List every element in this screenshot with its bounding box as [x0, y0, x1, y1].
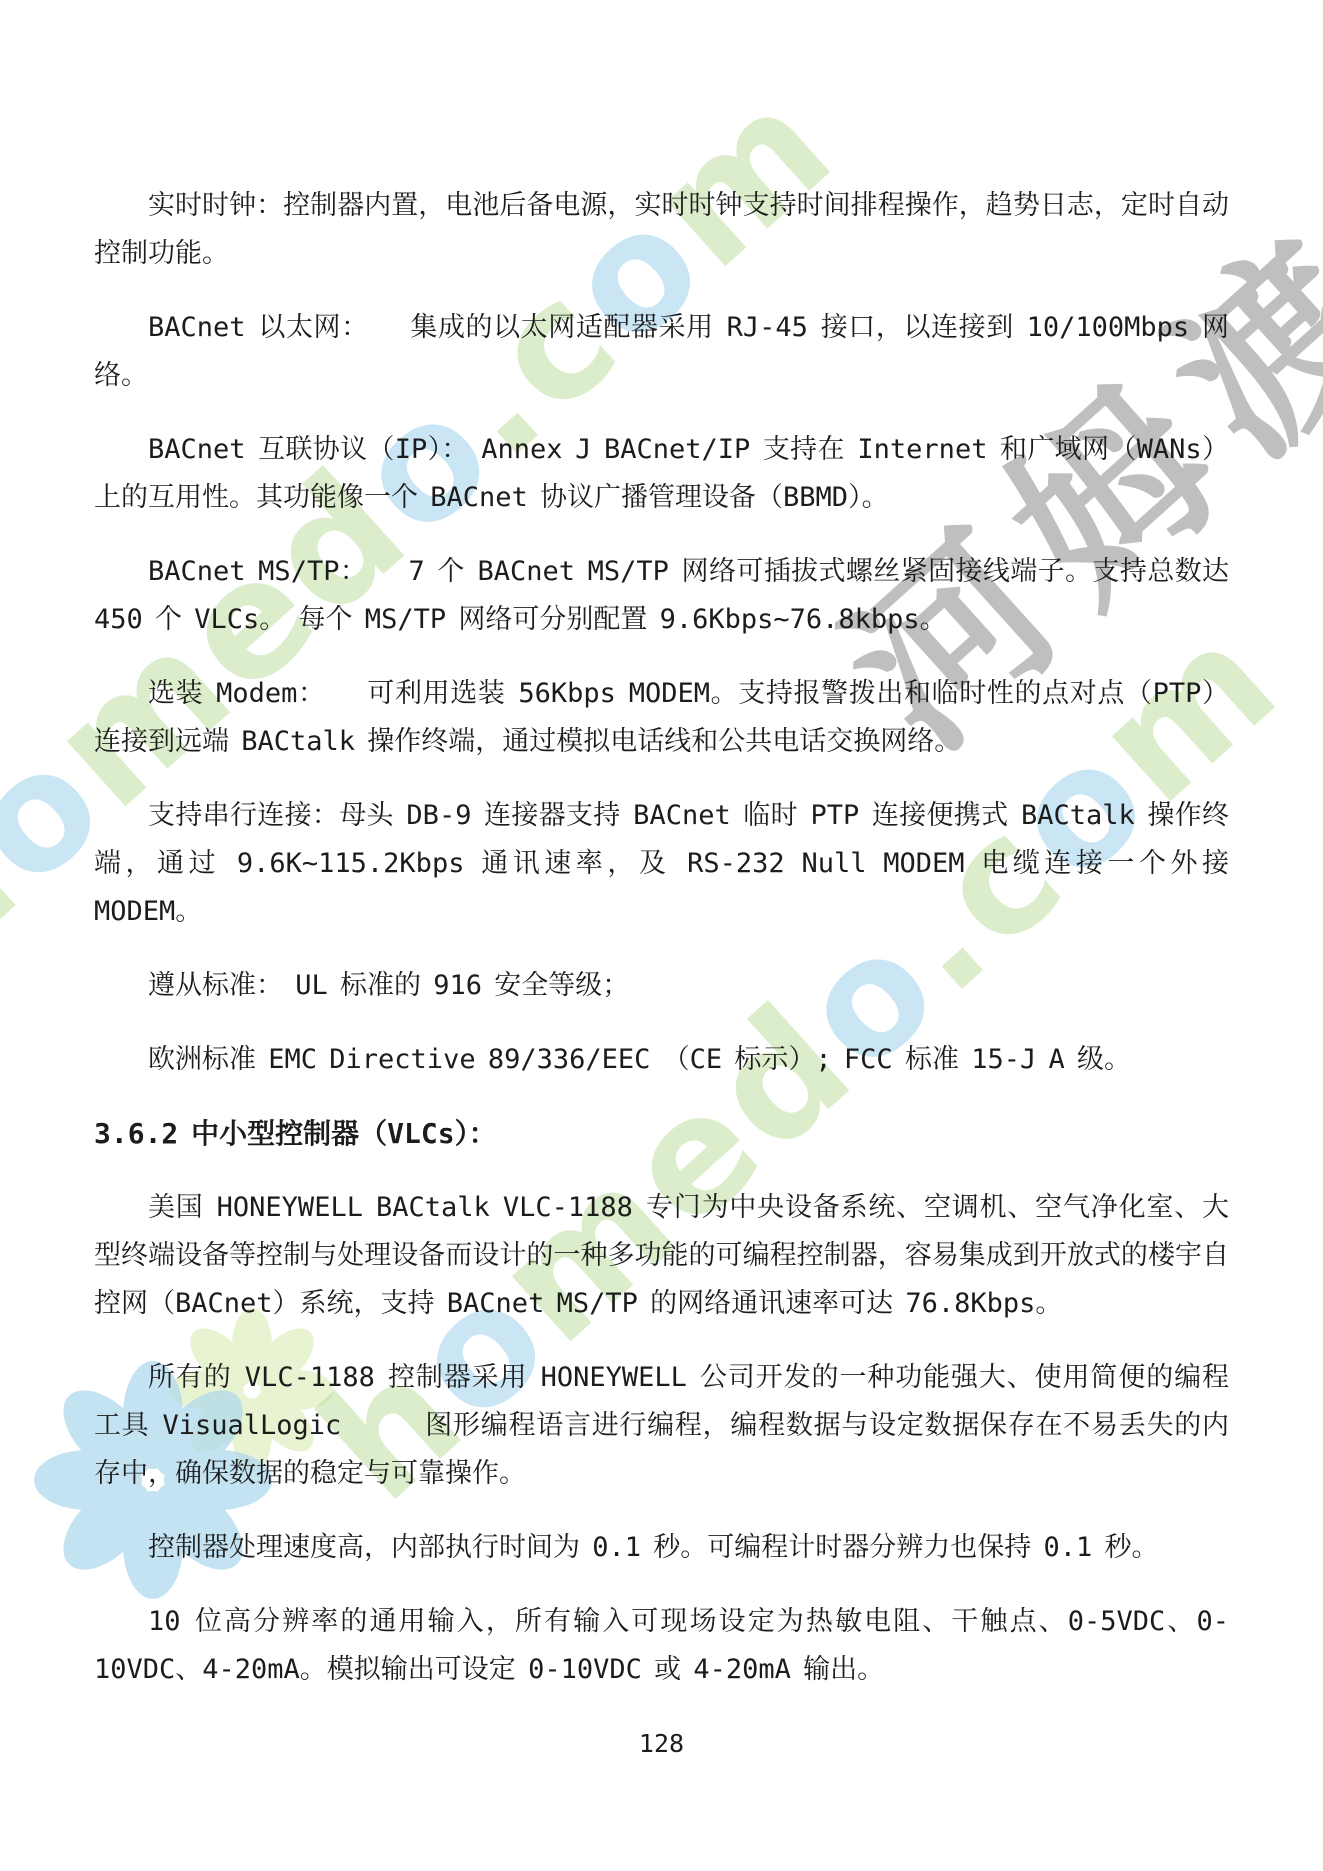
- paragraph-optional-modem: 选装 Modem： 可利用选装 56Kbps MODEM。支持报警拨出和临时性的…: [94, 670, 1229, 766]
- paragraph-bacnet-mstp: BACnet MS/TP： 7 个 BACnet MS/TP 网络可插拔式螺丝紧…: [94, 548, 1229, 644]
- document-body: 实时时钟：控制器内置，电池后备电源，实时时钟支持时间排程操作，趋势日志，定时自动…: [0, 0, 1323, 1768]
- paragraph-emc-standard: 欧洲标准 EMC Directive 89/336/EEC （CE 标示）; F…: [94, 1036, 1229, 1084]
- document-page: homedo.com homedo.com 河姆渡 实时时钟：控制器内置，电池后…: [0, 0, 1323, 1871]
- paragraph-bacnet-ip: BACnet 互联协议（IP）： Annex J BACnet/IP 支持在 I…: [94, 426, 1229, 522]
- paragraph-processing-speed: 控制器处理速度高，内部执行时间为 0.1 秒。可编程计时器分辨力也保持 0.1 …: [94, 1524, 1229, 1572]
- paragraph-vlc1188-intro: 美国 HONEYWELL BACtalk VLC-1188 专门为中央设备系统、…: [94, 1184, 1229, 1328]
- page-number: 128: [94, 1720, 1229, 1768]
- paragraph-ul-standard: 遵从标准： UL 标准的 916 安全等级；: [94, 962, 1229, 1010]
- section-heading-362: 3.6.2 中小型控制器（VLCs）：: [94, 1110, 1229, 1158]
- paragraph-realtime-clock: 实时时钟：控制器内置，电池后备电源，实时时钟支持时间排程操作，趋势日志，定时自动…: [94, 182, 1229, 278]
- paragraph-bacnet-ethernet: BACnet 以太网： 集成的以太网适配器采用 RJ-45 接口，以连接到 10…: [94, 304, 1229, 400]
- paragraph-universal-inputs: 10 位高分辨率的通用输入，所有输入可现场设定为热敏电阻、干触点、0-5VDC、…: [94, 1598, 1229, 1694]
- paragraph-serial-connect: 支持串行连接：母头 DB-9 连接器支持 BACnet 临时 PTP 连接便携式…: [94, 792, 1229, 936]
- paragraph-visuallogic: 所有的 VLC-1188 控制器采用 HONEYWELL 公司开发的一种功能强大…: [94, 1354, 1229, 1498]
